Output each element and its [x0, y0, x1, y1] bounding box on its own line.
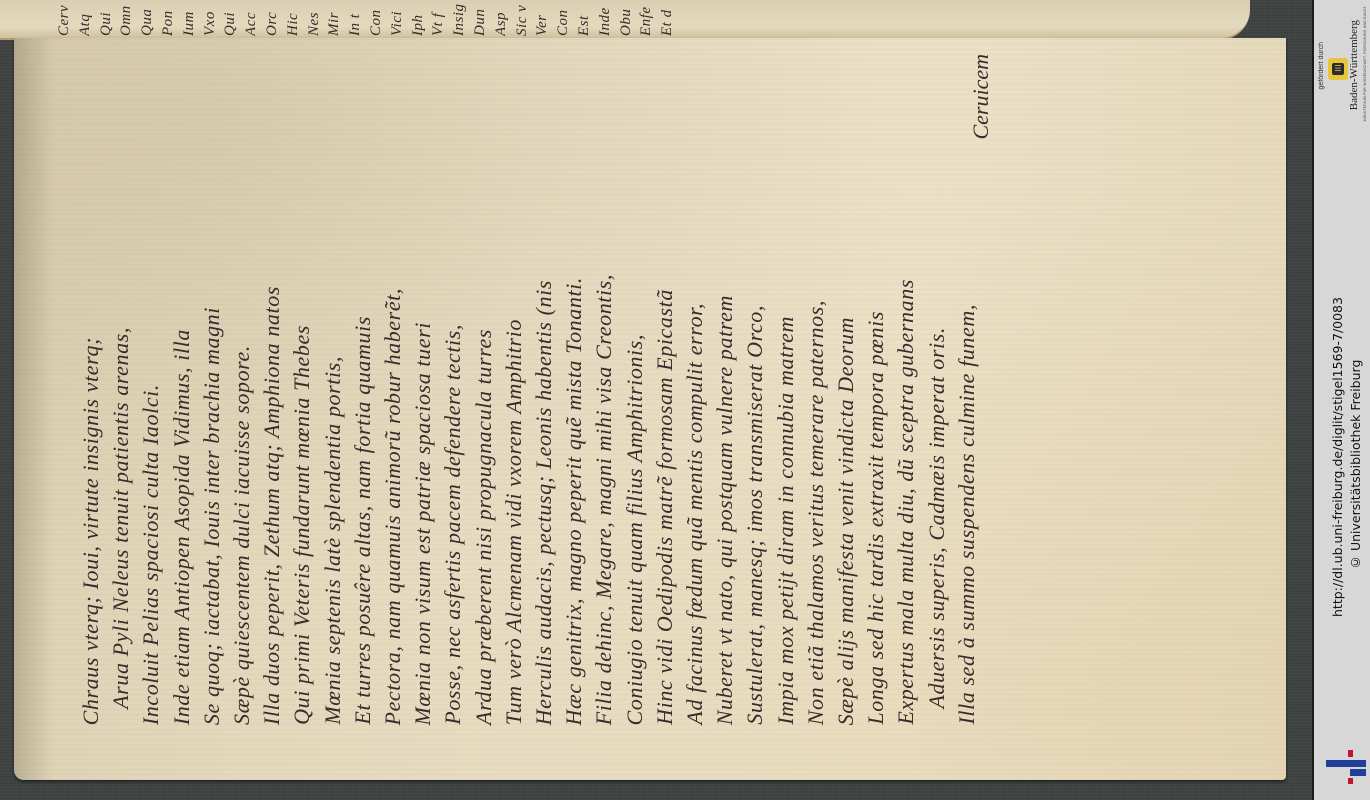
previous-page-line-fragment: Hic — [285, 2, 302, 36]
verse-line: Mœnia septenis latè splendentia portis, — [322, 356, 344, 725]
verse-line: Mœnia non visum est patriæ spaciosa tuer… — [412, 322, 434, 726]
previous-page-line-fragment: Atq — [77, 2, 94, 36]
verse-line: Arua Pyli Neleus tenuit patientis arenas… — [110, 327, 132, 709]
previous-page-edge: CervAtqQuiOmnQuaPonIumVxoQuiAccOrcHicNes… — [0, 0, 1250, 40]
sponsor-name: Baden-Württemberg — [1348, 20, 1360, 110]
verse-line: Filia dehinc, Megare, magni mihi visa Cr… — [593, 274, 615, 725]
viewer-sidebar: gefördert durch ☰ Baden-Württemberg MINI… — [1312, 0, 1370, 800]
verse-line: Impia mox petijt diram in connubia matre… — [775, 316, 797, 725]
previous-page-line-fragment: Vt f — [430, 2, 447, 36]
verse-line: Chraus vterq; Ioui, virtute insignis vte… — [80, 337, 102, 725]
previous-page-line-fragment: Ver — [534, 2, 551, 36]
previous-page-line-fragment: Insig — [451, 2, 468, 36]
verse-line: Longa sed hic tardis extraxit tempora pœ… — [865, 311, 887, 725]
verse-line: Tum verò Alcmenam vidi vxorem Amphitrio — [503, 319, 525, 725]
verse-line: Expertus mala multa diu, dũ sceptra gube… — [895, 279, 917, 725]
previous-page-line-fragment: Mir — [326, 2, 343, 36]
verse-line: Qui primi Veteris fundarunt mœnia Thebes — [291, 325, 313, 725]
previous-page-line-fragment: Acc — [243, 2, 260, 36]
crest-glyph: ☰ — [1332, 63, 1344, 75]
verse-line: Aduersis superis, Cadmæis imperat oris. — [926, 327, 948, 709]
baden-wuerttemberg-crest-icon: ☰ — [1328, 58, 1348, 80]
verse-line: Incoluit Pelias spaciosi culta Iaolci. — [140, 384, 162, 725]
previous-page-line-fragment: Iph — [410, 2, 427, 36]
verse-line: Inde etiam Antiopen Asopida Vidimus, ill… — [171, 329, 193, 725]
previous-page-line-fragment: Omn — [118, 2, 135, 36]
verse-line: Pectora, nam quamuis animorũ robur haber… — [382, 288, 404, 725]
copyright-notice: © Universitätsbibliothek Freiburg — [1348, 318, 1363, 570]
verse-line: Sæpè quiescentem dulci iacuisse sopore. — [231, 345, 253, 725]
sponsor-prefix: gefördert durch — [1318, 42, 1325, 89]
previous-page-line-fragment: Inde — [597, 2, 614, 36]
previous-page-line-fragment: Con — [368, 2, 385, 36]
verse-line: Sæpè alijs manifesta venit vindicta Deor… — [835, 317, 857, 725]
verse-line: Posse, nec asfertis pacem defendere tect… — [442, 324, 464, 725]
ub-freiburg-logo-icon — [1322, 748, 1366, 784]
verse-line: Et turres posuêre altas, nam fortia quam… — [352, 316, 374, 725]
previous-page-line-fragment: Est — [576, 2, 593, 36]
previous-page-line-fragment: Enfe — [638, 2, 655, 36]
previous-page-line-fragment: Vici — [389, 2, 406, 36]
sponsor-block: gefördert durch ☰ Baden-Württemberg MINI… — [1314, 0, 1370, 125]
previous-page-line-fragment: Asp — [493, 2, 510, 36]
permalink-url[interactable]: http://dl.ub.uni-freiburg.de/diglit/stig… — [1330, 305, 1345, 617]
verse-line: Sustulerat, manesq; imos transmiserat Or… — [744, 305, 766, 725]
verse-line: Herculis audacis, pectusq; Leonis habent… — [533, 280, 555, 725]
catchword: Ceruicem — [968, 54, 994, 140]
verse-line: Illa duos peperit, Zethum atq; Amphiona … — [261, 286, 283, 725]
previous-page-line-fragment: Orc — [264, 2, 281, 36]
previous-page-line-fragment: Sic v — [514, 2, 531, 36]
previous-page-line-fragment: Vxo — [202, 2, 219, 36]
previous-page-line-fragment: Pon — [160, 2, 177, 36]
previous-page-line-fragment: Et d — [659, 2, 676, 36]
book-page-scan: Chraus vterq; Ioui, virtute insignis vte… — [14, 38, 1286, 780]
previous-page-line-fragment: In t — [347, 2, 364, 36]
verse-line: Coniugio tenuit quam filius Amphitrionis… — [624, 334, 646, 726]
verse-line: Ad facinus fœdum quã mentis compulit err… — [684, 303, 706, 725]
verse-line: Se quoq; iactabat, Iouis inter brachia m… — [201, 307, 223, 725]
verse-line: Illa sed à summo suspendens culmine fune… — [956, 304, 978, 725]
previous-page-line-fragment: Con — [555, 2, 572, 36]
verse-line: Nuberet vt nato, qui postquam vulnere pa… — [714, 295, 736, 725]
previous-page-line-fragment: Cerv — [56, 2, 73, 36]
verse-line: Hæc genitrix, magno peperit quẽ mista To… — [563, 277, 585, 725]
previous-page-line-fragment: Dun — [472, 2, 489, 36]
previous-page-line-fragment: Qui — [98, 2, 115, 36]
previous-page-line-fragment: Ium — [181, 2, 198, 36]
verse-line: Hinc vidi Oedipodis matrẽ formosam Epica… — [654, 289, 676, 725]
previous-page-line-fragment: Obu — [618, 2, 635, 36]
sponsor-ministry: MINISTERIUM FÜR WISSENSCHAFT, FORSCHUNG … — [1363, 6, 1367, 121]
previous-page-line-fragment: Nes — [306, 2, 323, 36]
previous-page-line-fragment: Qui — [222, 2, 239, 36]
verse-line: Ardua præberent nisi propugnacula turres — [473, 329, 495, 725]
previous-page-line-fragment: Qua — [139, 2, 156, 36]
verse-line: Non etiã thalamos veritus temerare pater… — [805, 300, 827, 725]
